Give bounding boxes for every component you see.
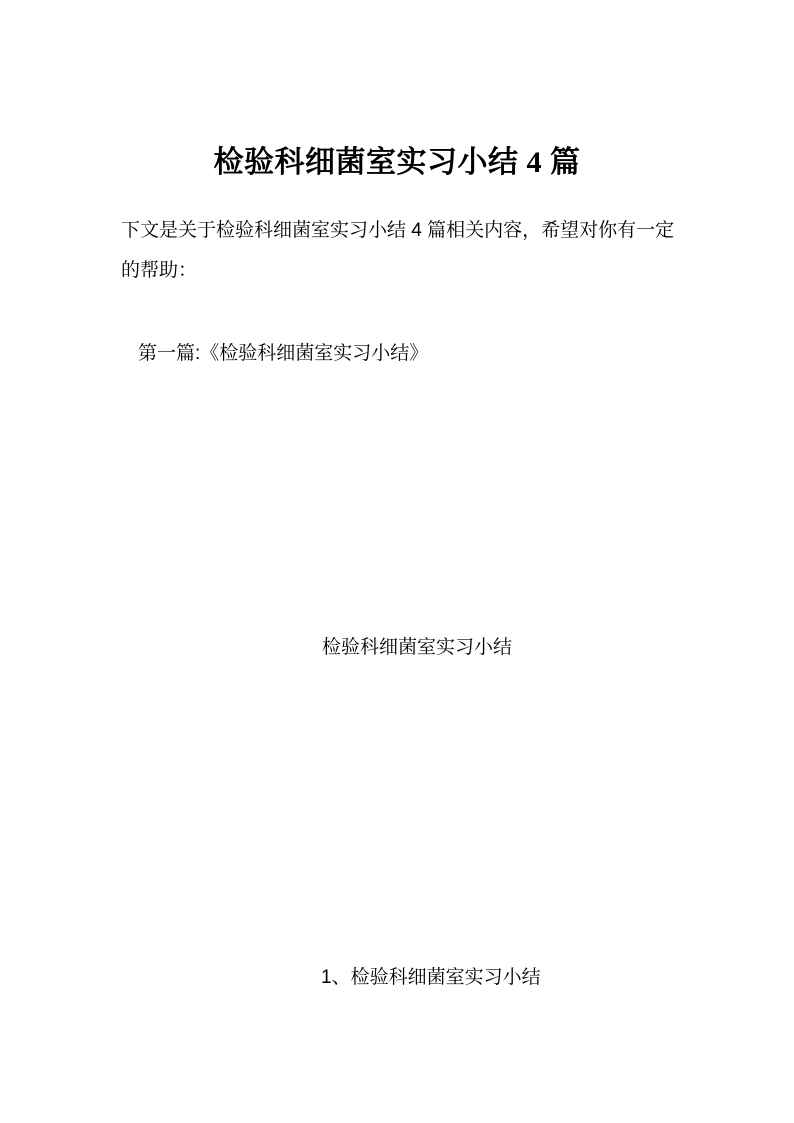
intro-paragraph-line-1: 下文是关于检验科细菌室实习小结 4 篇相关内容，希望对你有一定: [121, 219, 674, 243]
article-subtitle: 检验科细菌室实习小结: [322, 636, 512, 660]
section-heading-first-article: 第一篇:《检验科细菌室实习小结》: [138, 342, 428, 366]
document-page: 检验科细菌室实习小结 4 篇 下文是关于检验科细菌室实习小结 4 篇相关内容，希…: [0, 0, 794, 1123]
intro-paragraph-line-2: 的帮助：: [121, 259, 197, 283]
numbered-article-heading: 1、检验科细菌室实习小结: [321, 966, 541, 990]
document-title: 检验科细菌室实习小结 4 篇: [0, 143, 794, 183]
